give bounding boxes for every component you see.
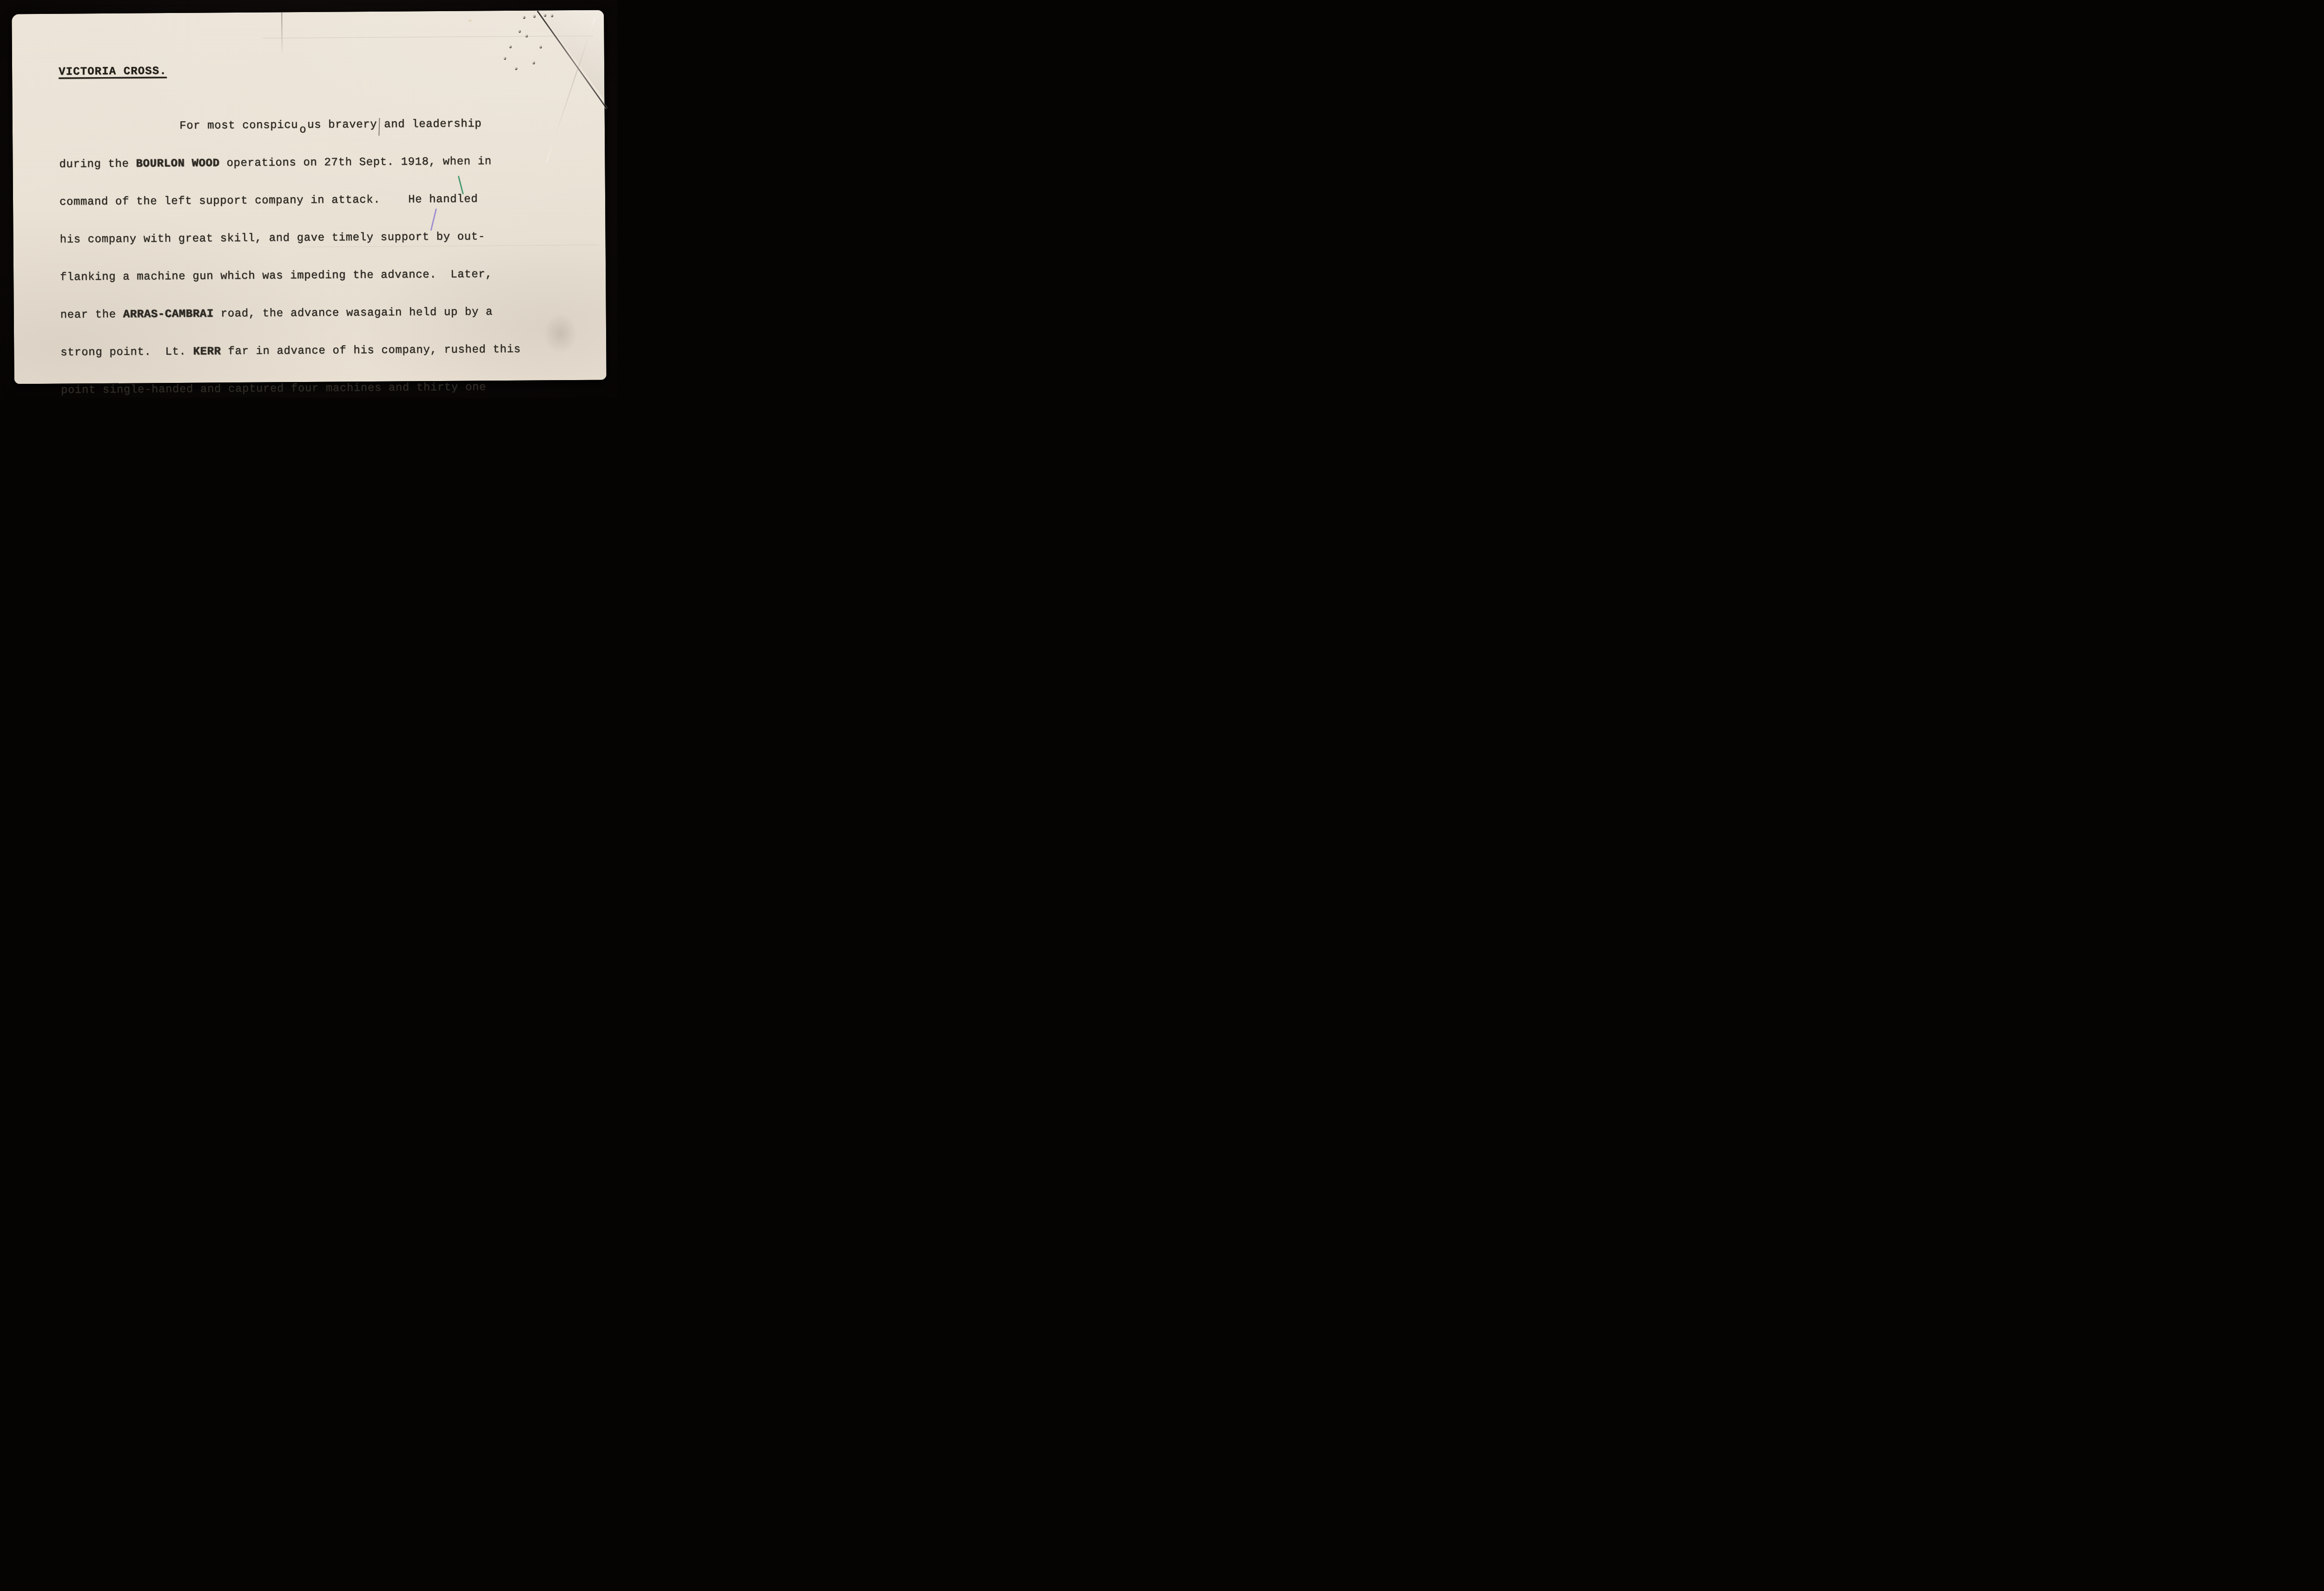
pinhole — [533, 15, 535, 18]
overstruck-word: KERR — [193, 345, 221, 358]
index-card: VICTORIA CROSS. For most conspicuous bra… — [12, 10, 607, 384]
overstruck-word: BOURLON WOOD — [136, 157, 219, 170]
typed-line: point single-handed and captured four ma… — [61, 381, 597, 397]
overstruck-word: ARRAS-CAMBRAI — [123, 308, 214, 321]
typed-line: strong point. Lt. KERR far in advance of… — [60, 343, 597, 359]
paper-stain — [466, 19, 474, 23]
heading-text: VICTORIA CROSS. — [59, 65, 167, 79]
typed-line: flanking a machine gun which was impedin… — [60, 268, 596, 284]
typed-line: during the BOURLON WOOD operations on 27… — [59, 155, 595, 171]
photo-background: VICTORIA CROSS. For most conspicuous bra… — [0, 0, 617, 398]
dropped-letter: o — [298, 124, 307, 136]
pinhole — [551, 14, 553, 17]
section-heading-victoria-cross: VICTORIA CROSS. — [59, 62, 595, 79]
typed-text: VICTORIA CROSS. For most conspicuous bra… — [59, 37, 601, 398]
typed-line: command of the left support company in a… — [59, 192, 596, 209]
typed-line: For most conspicuous bravery and leaders… — [59, 117, 595, 133]
typed-line: near the ARRAS-CAMBRAI road, the advance… — [60, 305, 597, 322]
typed-line: his company with great skill, and gave t… — [60, 230, 596, 246]
pinhole — [519, 30, 521, 33]
pinhole — [523, 16, 525, 19]
pinhole — [544, 14, 546, 17]
